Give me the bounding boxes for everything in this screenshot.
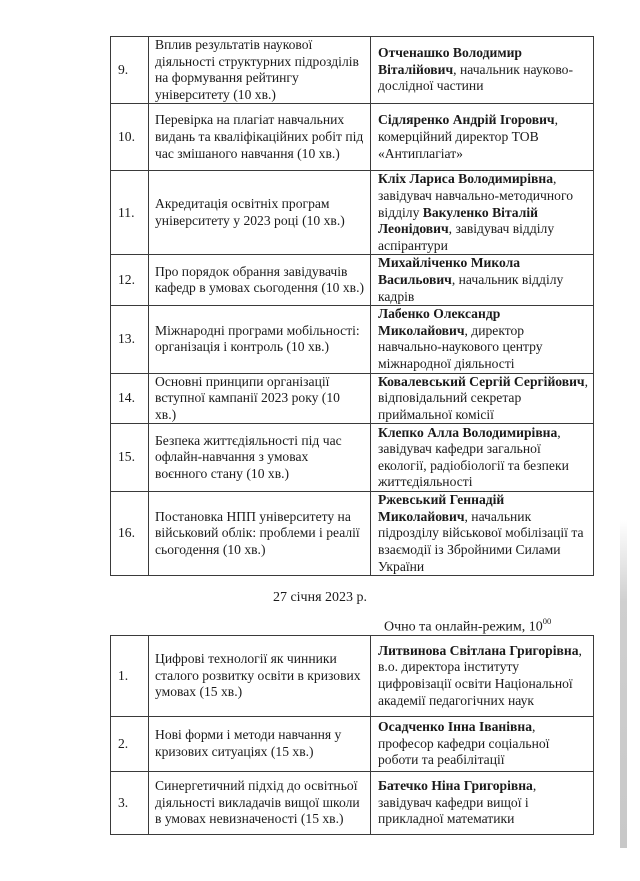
table-row: 11. Акредитація освітніх програм універс… [111, 171, 594, 255]
session-date: 27 січня 2023 р. [0, 590, 640, 606]
table-row: 10. Перевірка на плагіат навчальних вида… [111, 104, 594, 171]
item-number: 9. [111, 37, 149, 104]
speaker-name: Ковалевський Сергій Сергійович [378, 374, 585, 389]
item-number: 16. [111, 492, 149, 576]
item-number: 14. [111, 373, 149, 424]
item-speaker: Батечко Ніна Григорівна, завідувач кафед… [371, 772, 594, 835]
item-number: 1. [111, 636, 149, 717]
item-speaker: Михайліченко Микола Васильович, начальни… [371, 255, 594, 306]
table-row: 2. Нові форми і методи навчання у кризов… [111, 717, 594, 772]
table-row: 15. Безпека життєдіяльності під час офла… [111, 424, 594, 492]
speaker-name: Осадченко Інна Іванівна [378, 719, 532, 734]
table-row: 1. Цифрові технології як чинники сталого… [111, 636, 594, 717]
item-number: 13. [111, 306, 149, 373]
scan-shadow [620, 520, 627, 848]
item-topic: Про порядок обрання завідувачів кафедр в… [149, 255, 371, 306]
item-topic: Перевірка на плагіат навчальних видань т… [149, 104, 371, 171]
item-speaker: Сідляренко Андрій Ігорович, комерційний … [371, 104, 594, 171]
item-speaker: Ржевський Геннадій Миколайович, начальни… [371, 492, 594, 576]
item-speaker: Кліх Лариса Володимирівна, завідувач нав… [371, 171, 594, 255]
table-row: 14. Основні принципи організації вступно… [111, 373, 594, 424]
item-topic: Основні принципи організації вступної ка… [149, 373, 371, 424]
speaker-name: Кліх Лариса Володимирівна [378, 171, 553, 186]
item-topic: Акредитація освітніх програм університет… [149, 171, 371, 255]
table-row: 12. Про порядок обрання завідувачів кафе… [111, 255, 594, 306]
table-row: 13. Міжнародні програми мобільності: орг… [111, 306, 594, 373]
item-topic: Цифрові технології як чинники сталого ро… [149, 636, 371, 717]
speaker-name: Литвинова Світлана Григорівна [378, 643, 579, 658]
session-mode-minutes: 00 [543, 616, 552, 626]
item-speaker: Литвинова Світлана Григорівна, в.о. дире… [371, 636, 594, 717]
table-row: 16. Постановка НПП університету на війсь… [111, 492, 594, 576]
item-number: 10. [111, 104, 149, 171]
speaker-name: Сідляренко Андрій Ігорович [378, 112, 555, 127]
item-speaker: Осадченко Інна Іванівна, професор кафедр… [371, 717, 594, 772]
item-number: 12. [111, 255, 149, 306]
item-speaker: Отченашко Володимир Віталійович, начальн… [371, 37, 594, 104]
item-number: 11. [111, 171, 149, 255]
item-topic: Синергетичний підхід до освітньої діяльн… [149, 772, 371, 835]
item-topic: Безпека життєдіяльності під час офлайн-н… [149, 424, 371, 492]
table-row: 3. Синергетичний підхід до освітньої дія… [111, 772, 594, 835]
session-mode: Очно та онлайн-режим, 1000 [384, 617, 551, 636]
item-topic: Міжнародні програми мобільності: організ… [149, 306, 371, 373]
item-speaker: Клепко Алла Володимирівна, завідувач каф… [371, 424, 594, 492]
item-topic: Вплив результатів наукової діяльності ст… [149, 37, 371, 104]
item-speaker: Лабенко Олександр Миколайович, директор … [371, 306, 594, 373]
item-speaker: Ковалевський Сергій Сергійович, відповід… [371, 373, 594, 424]
speaker-name: Клепко Алла Володимирівна [378, 425, 557, 440]
table-row: 9. Вплив результатів наукової діяльності… [111, 37, 594, 104]
agenda-table-2: 1. Цифрові технології як чинники сталого… [110, 635, 594, 835]
item-topic: Нові форми і методи навчання у кризових … [149, 717, 371, 772]
agenda-table-1: 9. Вплив результатів наукової діяльності… [110, 36, 594, 576]
item-number: 3. [111, 772, 149, 835]
item-number: 15. [111, 424, 149, 492]
item-number: 2. [111, 717, 149, 772]
item-topic: Постановка НПП університету на військови… [149, 492, 371, 576]
session-mode-text: Очно та онлайн-режим, 10 [384, 620, 543, 635]
speaker-name: Батечко Ніна Григорівна [378, 778, 533, 793]
